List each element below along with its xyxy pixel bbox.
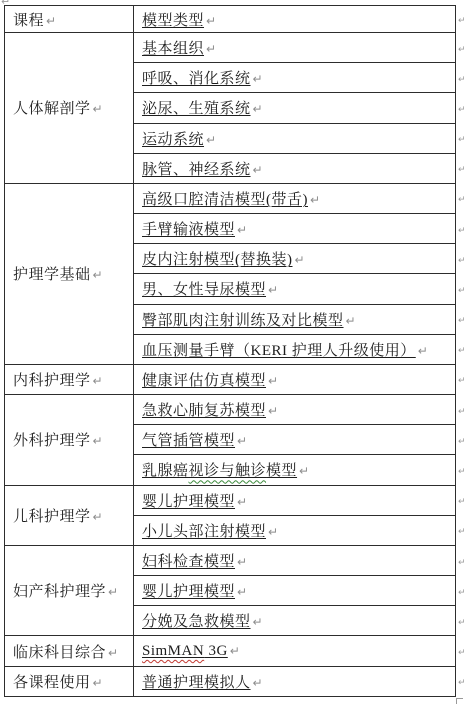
model-label: SimMAN 3G — [142, 643, 228, 659]
row-end-marker: ↵ — [456, 636, 465, 666]
course-label: 护理学基础 — [13, 267, 91, 283]
course-model-table: 课程↵ 模型类型↵ ↵ 人体解剖学↵ 基本组织↵ ↵ 呼吸、消化系统↵ ↵ 泌尿… — [4, 5, 465, 697]
table-row: 临床科目综合↵ SimMAN 3G↵ ↵ — [5, 636, 465, 666]
paragraph-mark: ↵ — [346, 314, 356, 328]
model-cell: 皮内注射模型(替换装)↵ — [134, 244, 456, 274]
paragraph-mark: ↵ — [93, 374, 103, 388]
model-cell: 婴儿护理模型↵ — [134, 576, 456, 606]
model-label: 基本组织 — [142, 41, 204, 57]
row-end-marker: ↵ — [456, 183, 465, 213]
model-cell-spellchecked: 乳腺癌视诊与触诊模型↵ — [134, 455, 456, 485]
model-label: 泌尿、生殖系统 — [142, 101, 251, 117]
model-label: 臀部肌肉注射训练及对比模型 — [142, 313, 344, 329]
model-cell: 高级口腔清洁模型(带舌)↵ — [134, 183, 456, 213]
course-cell: 外科护理学↵ — [5, 395, 134, 486]
row-end-marker: ↵ — [456, 153, 465, 183]
model-cell: 脉管、神经系统↵ — [134, 153, 456, 183]
paragraph-mark: ↵ — [310, 193, 320, 207]
table-row: 妇产科护理学↵ 妇科检查模型↵ ↵ — [5, 545, 465, 575]
course-cell: 儿科护理学↵ — [5, 485, 134, 545]
course-cell: 妇产科护理学↵ — [5, 545, 134, 636]
model-cell: 泌尿、生殖系统↵ — [134, 93, 456, 123]
row-end-marker: ↵ — [456, 304, 465, 334]
course-cell: 人体解剖学↵ — [5, 33, 134, 184]
header-model-type-label: 模型类型 — [142, 13, 204, 29]
course-label: 外科护理学 — [13, 433, 91, 449]
model-label: 小儿头部注射模型 — [142, 524, 266, 540]
model-label: 脉管、神经系统 — [142, 162, 251, 178]
paragraph-mark: ↵ — [237, 585, 247, 599]
paragraph-mark: ↵ — [230, 644, 240, 658]
course-label: 临床科目综合 — [13, 645, 106, 661]
paragraph-mark: ↵ — [295, 253, 305, 267]
paragraph-mark: ↵ — [93, 268, 103, 282]
model-cell: 妇科检查模型↵ — [134, 545, 456, 575]
course-label: 各课程使用 — [13, 675, 91, 691]
spellcheck-green-squiggle: 视诊与触诊 — [189, 463, 267, 479]
model-label-segment: 3G — [204, 643, 228, 659]
row-end-marker: ↵ — [456, 123, 465, 153]
model-label: 呼吸、消化系统 — [142, 71, 251, 87]
row-end-marker: ↵ — [456, 515, 465, 545]
model-label: 普通护理模拟人 — [142, 675, 251, 691]
paragraph-mark: ↵ — [268, 404, 278, 418]
model-label: 血压测量手臂（KERI 护理人升级使用） — [142, 343, 416, 359]
model-cell: 分娩及急救模型↵ — [134, 606, 456, 636]
paragraph-mark: ↵ — [268, 525, 278, 539]
model-label: 乳腺癌视诊与触诊模型 — [142, 463, 297, 479]
paragraph-mark: ↵ — [237, 495, 247, 509]
model-cell: 手臂输液模型↵ — [134, 214, 456, 244]
course-label: 妇产科护理学 — [13, 584, 106, 600]
paragraph-mark: ↵ — [253, 163, 263, 177]
paragraph-mark: ↵ — [206, 133, 216, 147]
model-label: 婴儿护理模型 — [142, 494, 235, 510]
paragraph-mark: ↵ — [268, 283, 278, 297]
table-header-row: 课程↵ 模型类型↵ ↵ — [5, 6, 465, 33]
model-cell: 健康评估仿真模型↵ — [134, 364, 456, 394]
row-end-marker: ↵ — [456, 425, 465, 455]
row-end-marker: ↵ — [456, 485, 465, 515]
model-cell: 普通护理模拟人↵ — [134, 666, 456, 696]
course-label: 内科护理学 — [13, 373, 91, 389]
model-cell: 基本组织↵ — [134, 33, 456, 63]
paragraph-mark: ↵ — [93, 676, 103, 690]
model-label: 婴儿护理模型 — [142, 584, 235, 600]
row-end-marker: ↵ — [456, 455, 465, 485]
row-end-marker: ↵ — [456, 395, 465, 425]
header-cell-model-type: 模型类型↵ — [134, 6, 456, 33]
paragraph-mark: ↵ — [237, 555, 247, 569]
row-end-marker: ↵ — [456, 666, 465, 696]
row-end-marker: ↵ — [456, 334, 465, 364]
model-cell: 运动系统↵ — [134, 123, 456, 153]
model-label: 高级口腔清洁模型(带舌) — [142, 192, 308, 208]
row-end-marker: ↵ — [456, 274, 465, 304]
header-course-label: 课程 — [13, 13, 44, 29]
table-row: 内科护理学↵ 健康评估仿真模型↵ ↵ — [5, 364, 465, 394]
paragraph-mark: ↵ — [237, 434, 247, 448]
row-end-marker: ↵ — [456, 606, 465, 636]
row-end-marker: ↵ — [456, 93, 465, 123]
paragraph-mark: ↵ — [108, 646, 118, 660]
course-cell: 各课程使用↵ — [5, 666, 134, 696]
paragraph-mark: ↵ — [268, 374, 278, 388]
model-label: 手臂输液模型 — [142, 222, 235, 238]
model-label: 运动系统 — [142, 132, 204, 148]
spellcheck-red-squiggle: SimMAN — [142, 643, 204, 659]
header-cell-course: 课程↵ — [5, 6, 134, 33]
paragraph-mark: ↵ — [93, 102, 103, 116]
row-end-marker: ↵ — [456, 364, 465, 394]
paragraph-mark: ↵ — [253, 676, 263, 690]
model-cell: 急救心肺复苏模型↵ — [134, 395, 456, 425]
row-end-marker: ↵ — [456, 6, 465, 33]
model-cell: 血压测量手臂（KERI 护理人升级使用）↵ — [134, 334, 456, 364]
paragraph-mark: ↵ — [418, 344, 428, 358]
model-cell: 小儿头部注射模型↵ — [134, 515, 456, 545]
model-label: 妇科检查模型 — [142, 554, 235, 570]
table-row: 各课程使用↵ 普通护理模拟人↵ ↵ — [5, 666, 465, 696]
row-end-marker: ↵ — [456, 214, 465, 244]
paragraph-mark: ↵ — [93, 510, 103, 524]
table-row: 人体解剖学↵ 基本组织↵ ↵ — [5, 33, 465, 63]
course-label: 人体解剖学 — [13, 101, 91, 117]
course-cell: 内科护理学↵ — [5, 364, 134, 394]
row-end-marker: ↵ — [456, 33, 465, 63]
model-cell: 婴儿护理模型↵ — [134, 485, 456, 515]
model-cell: 男、女性导尿模型↵ — [134, 274, 456, 304]
course-label: 儿科护理学 — [13, 509, 91, 525]
paragraph-mark: ↵ — [206, 42, 216, 56]
paragraph-mark: ↵ — [237, 223, 247, 237]
row-end-marker: ↵ — [456, 63, 465, 93]
model-label-segment: 乳腺癌 — [142, 463, 189, 479]
paragraph-mark: ↵ — [206, 14, 216, 28]
paragraph-mark: ↵ — [253, 72, 263, 86]
model-cell: 臀部肌肉注射训练及对比模型↵ — [134, 304, 456, 334]
table-row: 外科护理学↵ 急救心肺复苏模型↵ ↵ — [5, 395, 465, 425]
model-label-segment: 模型 — [266, 463, 297, 479]
model-label: 分娩及急救模型 — [142, 614, 251, 630]
course-cell: 临床科目综合↵ — [5, 636, 134, 666]
row-end-marker: ↵ — [456, 576, 465, 606]
table-row: 儿科护理学↵ 婴儿护理模型↵ ↵ — [5, 485, 465, 515]
paragraph-mark: ↵ — [253, 615, 263, 629]
model-label: 男、女性导尿模型 — [142, 282, 266, 298]
model-cell: 呼吸、消化系统↵ — [134, 63, 456, 93]
paragraph-mark: ↵ — [253, 102, 263, 116]
table-row: 护理学基础↵ 高级口腔清洁模型(带舌)↵ ↵ — [5, 183, 465, 213]
table-handle-mark — [456, 698, 463, 704]
model-label: 健康评估仿真模型 — [142, 373, 266, 389]
course-cell: 护理学基础↵ — [5, 183, 134, 364]
document-page: ↵ 课程↵ 模型类型↵ ↵ 人体解剖学↵ 基本组织↵ ↵ 呼吸、消化系统↵ ↵ … — [0, 0, 465, 705]
model-label: 气管插管模型 — [142, 433, 235, 449]
model-cell: 气管插管模型↵ — [134, 425, 456, 455]
row-end-marker: ↵ — [456, 244, 465, 274]
paragraph-mark: ↵ — [108, 585, 118, 599]
model-label: 皮内注射模型(替换装) — [142, 252, 293, 268]
paragraph-mark: ↵ — [93, 434, 103, 448]
paragraph-mark: ↵ — [46, 14, 56, 28]
row-end-marker: ↵ — [456, 545, 465, 575]
paragraph-mark: ↵ — [299, 464, 309, 478]
model-cell-spellchecked: SimMAN 3G↵ — [134, 636, 456, 666]
model-label: 急救心肺复苏模型 — [142, 403, 266, 419]
